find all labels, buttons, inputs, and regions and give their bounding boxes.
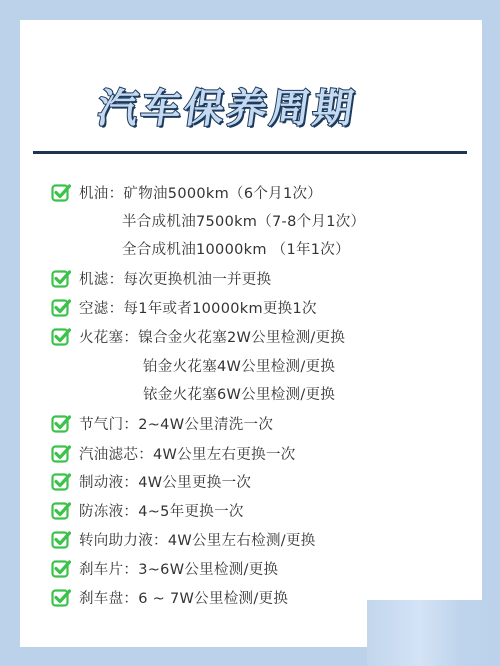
item-detail: 全合成机油10000km （1年1次）: [122, 238, 350, 259]
list-item-oil-line-3: 全合成机油10000km （1年1次）: [122, 236, 350, 260]
item-label: 防冻液：: [79, 500, 138, 521]
list-item-spark-plug-line-3: 铱金火花塞6W公里检测/更换: [143, 381, 335, 405]
item-label: 制动液：: [79, 471, 138, 492]
check-box-icon: [51, 500, 71, 520]
list-item-throttle: 节气门： 2~4W公里清洗一次: [51, 411, 273, 435]
item-detail: 半合成机油7500km（7-8个月1次）: [122, 210, 365, 231]
list-item-brake-pads: 刹车片： 3~6W公里检测/更换: [51, 556, 278, 580]
check-box-icon: [51, 471, 71, 491]
item-detail: 铱金火花塞6W公里检测/更换: [143, 383, 335, 404]
list-item-spark-plug: 火花塞： 镍合金火花塞2W公里检测/更换: [51, 324, 345, 348]
corner-decoration: [367, 600, 500, 666]
item-label: 空滤：: [79, 297, 123, 318]
list-item-oil-filter: 机滤： 每次更换机油一并更换: [51, 266, 271, 290]
title-divider: [33, 151, 467, 154]
item-detail: 镍合金火花塞2W公里检测/更换: [138, 326, 345, 347]
item-label: 刹车片：: [79, 558, 138, 579]
check-box-icon: [51, 297, 71, 317]
check-box-icon: [51, 587, 71, 607]
item-label: 汽油滤芯：: [79, 443, 153, 464]
item-detail: 每次更换机油一并更换: [123, 268, 271, 289]
item-detail: 4W公里左右检测/更换: [168, 529, 316, 550]
list-item-brake-fluid: 制动液： 4W公里更换一次: [51, 469, 251, 493]
item-detail: 4W公里左右更换一次: [153, 443, 296, 464]
list-item-spark-plug-line-2: 铂金火花塞4W公里检测/更换: [143, 353, 335, 377]
item-detail: 4~5年更换一次: [138, 500, 244, 521]
item-label: 火花塞：: [79, 326, 138, 347]
list-item-antifreeze: 防冻液： 4~5年更换一次: [51, 498, 244, 522]
check-box-icon: [51, 443, 71, 463]
item-detail: 每1年或者10000km更换1次: [123, 297, 316, 318]
check-box-icon: [51, 326, 71, 346]
item-detail: 6 ~ 7W公里检测/更换: [138, 587, 288, 608]
item-label: 机滤：: [79, 268, 123, 289]
check-box-icon: [51, 413, 71, 433]
page-title: 汽车保养周期: [94, 84, 381, 134]
check-box-icon: [51, 558, 71, 578]
list-item-air-filter: 空滤： 每1年或者10000km更换1次: [51, 295, 317, 319]
item-label: 节气门：: [79, 413, 138, 434]
item-label: 机油：: [79, 182, 123, 203]
item-label: 刹车盘：: [79, 587, 138, 608]
list-item-oil: 机油： 矿物油5000km（6个月1次）: [51, 180, 322, 204]
item-label: 转向助力液：: [79, 529, 168, 550]
list-item-fuel-filter: 汽油滤芯： 4W公里左右更换一次: [51, 441, 296, 465]
item-detail: 2~4W公里清洗一次: [138, 413, 273, 434]
check-box-icon: [51, 182, 71, 202]
list-item-power-steering-fluid: 转向助力液： 4W公里左右检测/更换: [51, 527, 316, 551]
check-box-icon: [51, 529, 71, 549]
item-detail: 矿物油5000km（6个月1次）: [123, 182, 322, 203]
list-item-brake-discs: 刹车盘： 6 ~ 7W公里检测/更换: [51, 585, 288, 609]
list-item-oil-line-2: 半合成机油7500km（7-8个月1次）: [122, 208, 365, 232]
item-detail: 3~6W公里检测/更换: [138, 558, 278, 579]
item-detail: 铂金火花塞4W公里检测/更换: [143, 355, 335, 376]
check-box-icon: [51, 268, 71, 288]
item-detail: 4W公里更换一次: [138, 471, 251, 492]
